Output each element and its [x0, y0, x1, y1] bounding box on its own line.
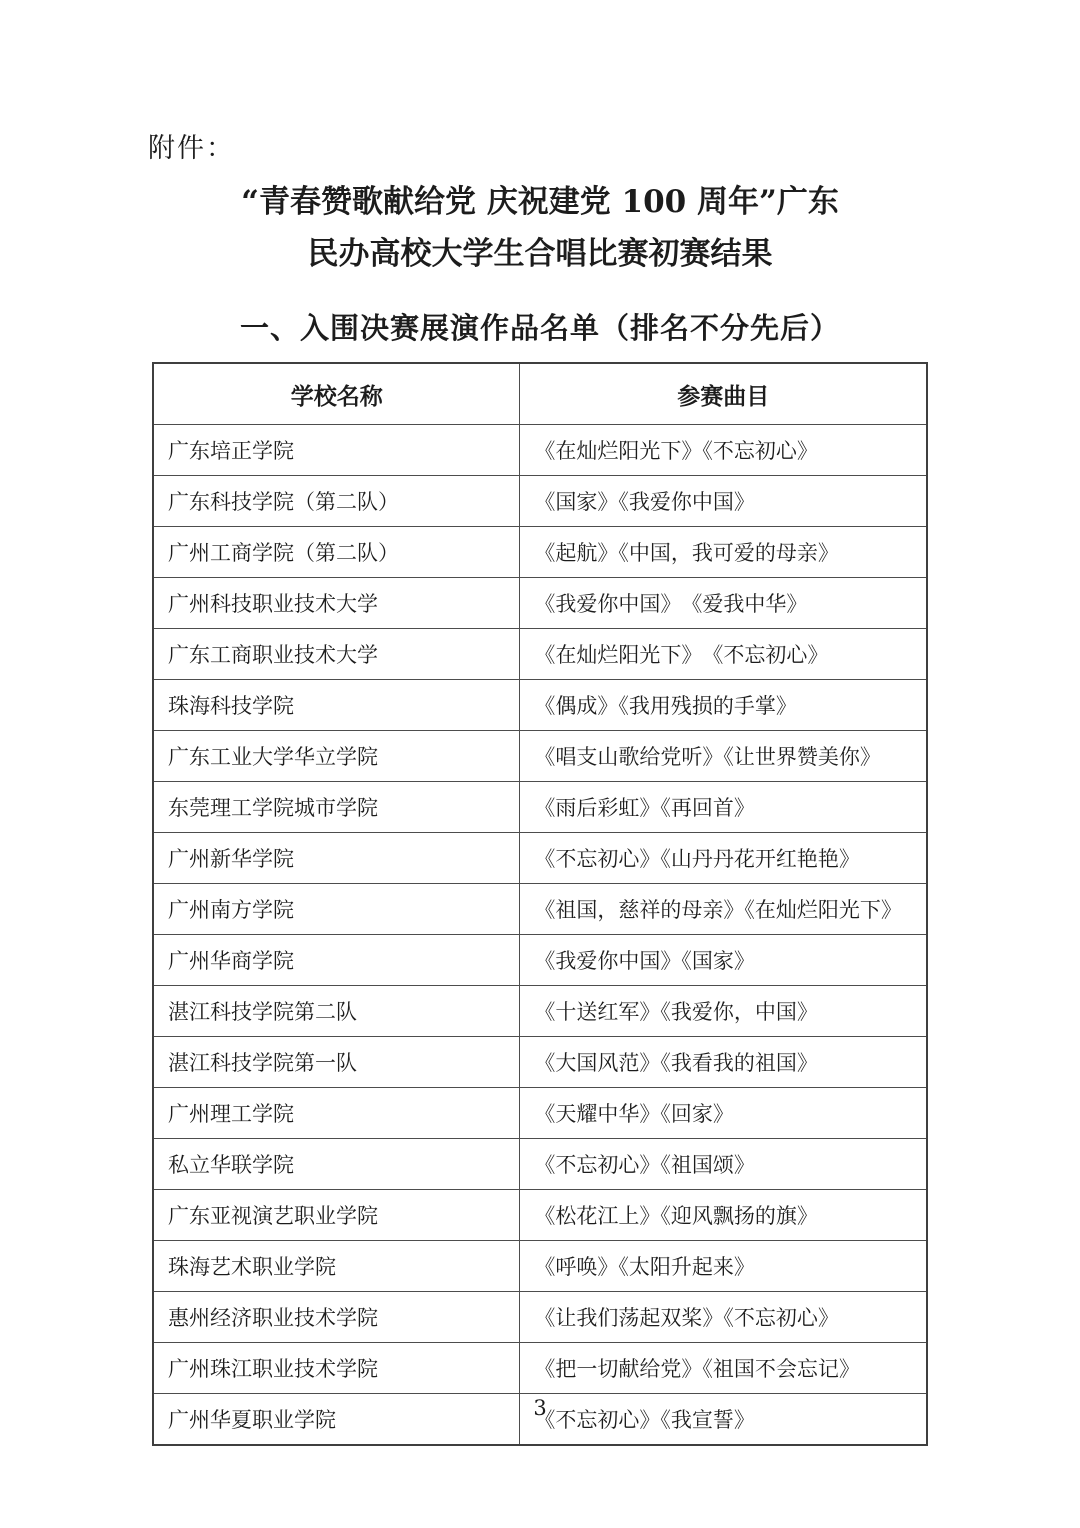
- document-title-line2: 民办高校大学生合唱比赛初赛结果: [0, 228, 1080, 280]
- songs-cell: 《偶成》《我用残损的手掌》: [520, 680, 927, 731]
- songs-cell: 《国家》《我爱你中国》: [520, 476, 927, 527]
- table-row: 广东科技学院（第二队）《国家》《我爱你中国》: [153, 476, 927, 527]
- songs-cell: 《起航》《中国，我可爱的母亲》: [520, 527, 927, 578]
- results-table: 学校名称 参赛曲目 广东培正学院《在灿烂阳光下》《不忘初心》广东科技学院（第二队…: [152, 362, 928, 1446]
- table-row: 广东培正学院《在灿烂阳光下》《不忘初心》: [153, 425, 927, 476]
- songs-cell: 《祖国，慈祥的母亲》《在灿烂阳光下》: [520, 884, 927, 935]
- document-title-line1: “青春赞歌献给党 庆祝建党 100 周年”广东: [0, 176, 1080, 228]
- school-cell: 湛江科技学院第一队: [153, 1037, 520, 1088]
- table-row: 广东工业大学华立学院《唱支山歌给党听》《让世界赞美你》: [153, 731, 927, 782]
- page-number: 3: [0, 1396, 1080, 1420]
- school-cell: 广州珠江职业技术学院: [153, 1343, 520, 1394]
- school-cell: 私立华联学院: [153, 1139, 520, 1190]
- songs-cell: 《大国风范》《我看我的祖国》: [520, 1037, 927, 1088]
- songs-cell: 《把一切献给党》《祖国不会忘记》: [520, 1343, 927, 1394]
- table-row: 广州科技职业技术大学《我爱你中国》 《爱我中华》: [153, 578, 927, 629]
- school-cell: 广东亚视演艺职业学院: [153, 1190, 520, 1241]
- school-cell: 湛江科技学院第二队: [153, 986, 520, 1037]
- school-cell: 广东培正学院: [153, 425, 520, 476]
- school-cell: 东莞理工学院城市学院: [153, 782, 520, 833]
- songs-cell: 《在灿烂阳光下》 《不忘初心》: [520, 629, 927, 680]
- school-cell: 惠州经济职业技术学院: [153, 1292, 520, 1343]
- songs-cell: 《雨后彩虹》《再回首》: [520, 782, 927, 833]
- school-name-header: 学校名称: [153, 363, 520, 425]
- table-row: 广州新华学院《不忘初心》《山丹丹花开红艳艳》: [153, 833, 927, 884]
- attachment-label: 附件：: [148, 126, 235, 165]
- table-row: 广东亚视演艺职业学院《松花江上》《迎风飘扬的旗》: [153, 1190, 927, 1241]
- school-cell: 广州新华学院: [153, 833, 520, 884]
- school-cell: 广州科技职业技术大学: [153, 578, 520, 629]
- school-cell: 珠海艺术职业学院: [153, 1241, 520, 1292]
- school-cell: 广东工商职业技术大学: [153, 629, 520, 680]
- table-row: 东莞理工学院城市学院《雨后彩虹》《再回首》: [153, 782, 927, 833]
- section-heading: 一、入围决赛展演作品名单（排名不分先后）: [0, 306, 1080, 347]
- table-row: 私立华联学院《不忘初心》《祖国颂》: [153, 1139, 927, 1190]
- table-row: 珠海科技学院《偶成》《我用残损的手掌》: [153, 680, 927, 731]
- table-row: 广州南方学院《祖国，慈祥的母亲》《在灿烂阳光下》: [153, 884, 927, 935]
- table-row: 湛江科技学院第一队《大国风范》《我看我的祖国》: [153, 1037, 927, 1088]
- table-row: 广州珠江职业技术学院《把一切献给党》《祖国不会忘记》: [153, 1343, 927, 1394]
- songs-header: 参赛曲目: [520, 363, 927, 425]
- songs-cell: 《不忘初心》《祖国颂》: [520, 1139, 927, 1190]
- table-row: 广东工商职业技术大学《在灿烂阳光下》 《不忘初心》: [153, 629, 927, 680]
- songs-cell: 《不忘初心》《山丹丹花开红艳艳》: [520, 833, 927, 884]
- school-cell: 广州理工学院: [153, 1088, 520, 1139]
- document-title: “青春赞歌献给党 庆祝建党 100 周年”广东 民办高校大学生合唱比赛初赛结果: [0, 176, 1080, 280]
- table-row: 广州理工学院《天耀中华》《回家》: [153, 1088, 927, 1139]
- songs-cell: 《松花江上》《迎风飘扬的旗》: [520, 1190, 927, 1241]
- table-row: 广州工商学院（第二队）《起航》《中国，我可爱的母亲》: [153, 527, 927, 578]
- songs-cell: 《我爱你中国》《国家》: [520, 935, 927, 986]
- table-row: 湛江科技学院第二队《十送红军》《我爱你，中国》: [153, 986, 927, 1037]
- document-page: 附件： “青春赞歌献给党 庆祝建党 100 周年”广东 民办高校大学生合唱比赛初…: [0, 0, 1080, 1528]
- school-cell: 广州华商学院: [153, 935, 520, 986]
- school-cell: 广州工商学院（第二队）: [153, 527, 520, 578]
- table-row: 广州华商学院《我爱你中国》《国家》: [153, 935, 927, 986]
- songs-cell: 《十送红军》《我爱你，中国》: [520, 986, 927, 1037]
- school-cell: 广东工业大学华立学院: [153, 731, 520, 782]
- school-cell: 珠海科技学院: [153, 680, 520, 731]
- songs-cell: 《在灿烂阳光下》《不忘初心》: [520, 425, 927, 476]
- songs-cell: 《唱支山歌给党听》《让世界赞美你》: [520, 731, 927, 782]
- school-cell: 广东科技学院（第二队）: [153, 476, 520, 527]
- table-row: 惠州经济职业技术学院《让我们荡起双桨》《不忘初心》: [153, 1292, 927, 1343]
- results-table-body: 广东培正学院《在灿烂阳光下》《不忘初心》广东科技学院（第二队）《国家》《我爱你中…: [153, 425, 927, 1446]
- school-cell: 广州南方学院: [153, 884, 520, 935]
- songs-cell: 《天耀中华》《回家》: [520, 1088, 927, 1139]
- songs-cell: 《呼唤》《太阳升起来》: [520, 1241, 927, 1292]
- table-row: 珠海艺术职业学院《呼唤》《太阳升起来》: [153, 1241, 927, 1292]
- songs-cell: 《我爱你中国》 《爱我中华》: [520, 578, 927, 629]
- results-table-header: 学校名称 参赛曲目: [153, 363, 927, 425]
- songs-cell: 《让我们荡起双桨》《不忘初心》: [520, 1292, 927, 1343]
